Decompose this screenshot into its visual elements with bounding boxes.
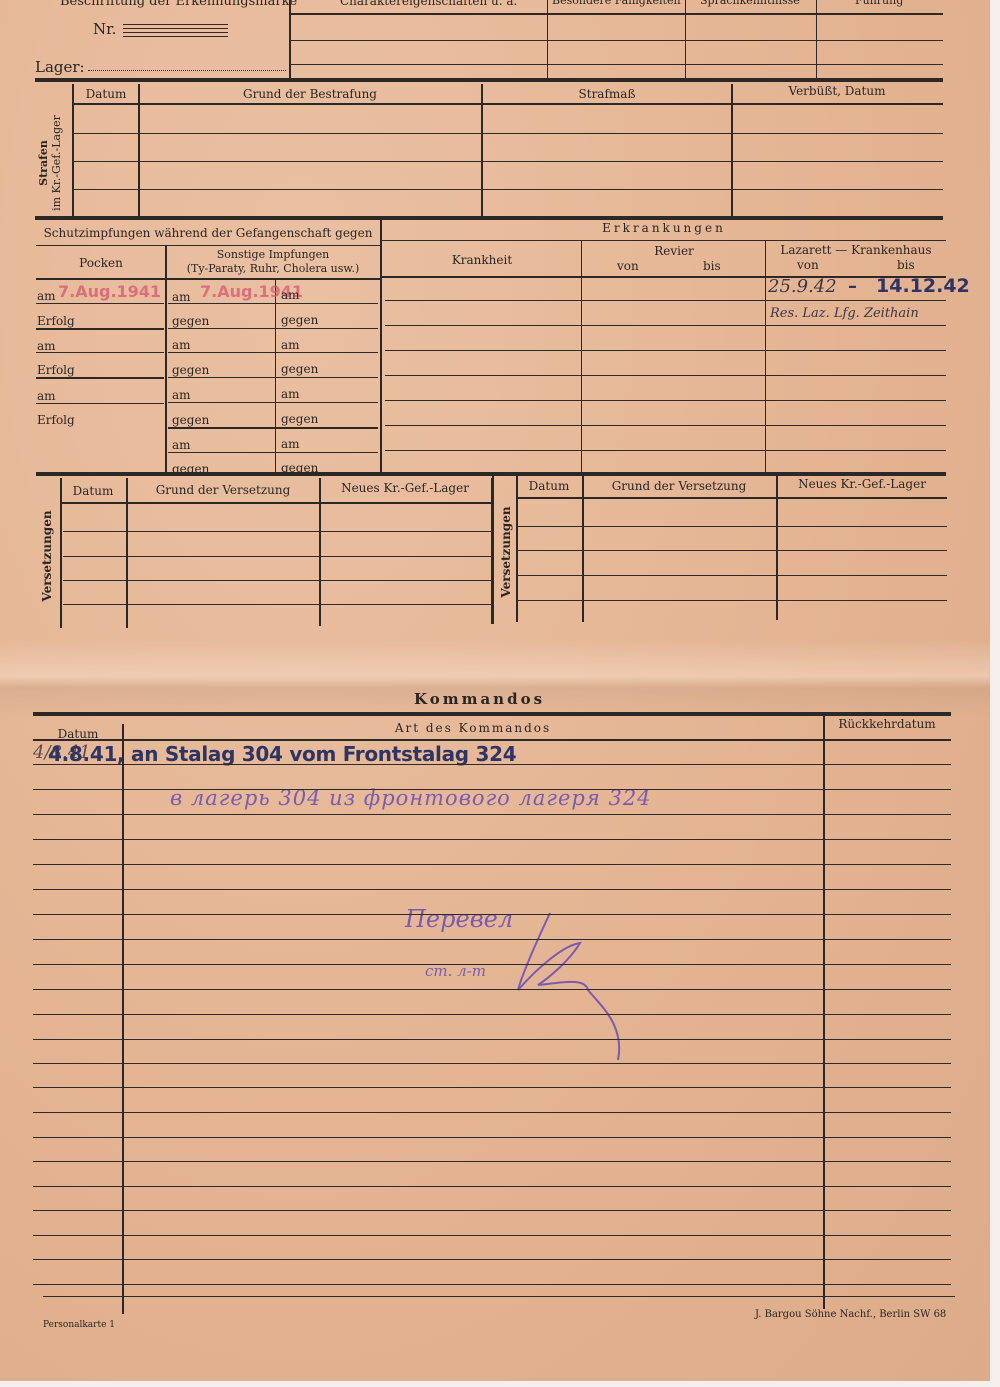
nr-line xyxy=(123,28,228,29)
lazarett-entry-dash: – xyxy=(848,276,857,297)
cell-am: am xyxy=(172,438,191,452)
lazarett-entry-place: Res. Laz. Lfg. Zeithain xyxy=(770,306,919,321)
versetzungen-side-label: Versetzungen xyxy=(40,506,54,606)
row-label-am: am xyxy=(37,339,56,353)
row-label-am: am xyxy=(37,389,56,403)
cell-am: am xyxy=(172,388,191,402)
revier-von: von xyxy=(617,259,639,273)
nr-line xyxy=(123,32,228,33)
erkrankungen-title: Erkrankungen xyxy=(382,221,946,235)
col-header-faehigkeiten: Besondere Fähigkeiten xyxy=(552,0,681,7)
cell-gegen: gegen xyxy=(172,363,209,377)
lager-field[interactable] xyxy=(88,70,286,71)
revier-header: Revier xyxy=(582,244,766,258)
nr-line xyxy=(123,24,228,25)
pocken-header: Pocken xyxy=(36,256,166,270)
cell-gegen: gegen xyxy=(281,412,318,426)
sonstige-header-2: (Ty-Paraty, Ruhr, Cholera usw.) xyxy=(166,262,380,275)
kommando-stamp-entry: 4.8.41, an Stalag 304 vom Frontstalag 32… xyxy=(48,742,516,766)
paper-fold xyxy=(0,640,1000,720)
kommandos-header-rueckkehr: Rückkehrdatum xyxy=(824,717,950,731)
marke-header: Beschriftung der Erkennungsmarke xyxy=(60,0,297,9)
versetzungen-side-label: Versetzungen xyxy=(499,502,513,602)
sonstige-header-1: Sonstige Impfungen xyxy=(166,248,380,261)
revier-bis: bis xyxy=(703,259,721,273)
vers-header-datum: Datum xyxy=(517,479,581,493)
cell-gegen: gegen xyxy=(281,313,318,327)
form-name: Personalkarte 1 xyxy=(43,1320,115,1330)
strafen-header-verbuesst: Verbüßt, Datum xyxy=(732,84,942,98)
printer-imprint: J. Bargou Söhne Nachf., Berlin SW 68 xyxy=(755,1309,946,1320)
strafen-header-strafmass: Strafmaß xyxy=(482,87,732,101)
nr-label: Nr. xyxy=(93,20,116,38)
lager-label: Lager: xyxy=(35,58,85,76)
vers-header-lager: Neues Kr.-Gef.-Lager xyxy=(320,481,490,495)
cell-am: am xyxy=(172,290,191,304)
lazarett-bis: bis xyxy=(897,258,915,272)
row-label-erfolg: Erfolg xyxy=(37,413,75,427)
cell-am: am xyxy=(281,288,300,302)
row-label-erfolg: Erfolg xyxy=(37,314,75,328)
lazarett-entry-von: 25.9.42 xyxy=(768,276,837,297)
vers-header-lager: Neues Kr.-Gef.-Lager xyxy=(777,477,947,491)
kommandos-title: Kommandos xyxy=(414,690,545,708)
cell-gegen: gegen xyxy=(172,413,209,427)
krankheit-header: Krankheit xyxy=(382,253,582,267)
cell-am: am xyxy=(281,338,300,352)
strafen-header-datum: Datum xyxy=(73,87,139,101)
col-header-sprachen: Sprachkenntnisse xyxy=(700,0,800,7)
nr-line xyxy=(123,36,228,37)
impfungen-title: Schutzimpfungen während der Gefangenscha… xyxy=(36,226,380,240)
vers-header-datum: Datum xyxy=(61,484,125,498)
cell-am: am xyxy=(281,387,300,401)
signature-flourish-icon xyxy=(480,905,640,1065)
col-header-charakter: Charaktereigenschaften u. a. xyxy=(340,0,517,8)
cell-gegen: gegen xyxy=(172,314,209,328)
col-header-fuehrung: Führung xyxy=(855,0,903,7)
cell-gegen: gegen xyxy=(281,362,318,376)
lazarett-von: von xyxy=(797,258,819,272)
strafen-side-label: Strafen im Kr.-Gef.-Lager xyxy=(37,103,63,223)
lazarett-entry-bis: 14.12.42 xyxy=(876,275,970,297)
scan-edge xyxy=(0,1381,1000,1387)
stamp-pocken-date: 7.Aug.1941 xyxy=(58,282,161,301)
scan-edge xyxy=(990,0,1000,1387)
vers-header-grund: Grund der Versetzung xyxy=(127,483,319,497)
lazarett-header: Lazarett — Krankenhaus xyxy=(766,243,946,257)
vers-header-grund: Grund der Versetzung xyxy=(583,479,775,493)
cell-am: am xyxy=(281,437,300,451)
cell-am: am xyxy=(172,338,191,352)
kommandos-header-art: Art des Kommandos xyxy=(123,721,823,735)
row-label-am: am xyxy=(37,289,56,303)
strafen-header-grund: Grund der Bestrafung xyxy=(139,87,481,101)
row-label-erfolg: Erfolg xyxy=(37,363,75,377)
